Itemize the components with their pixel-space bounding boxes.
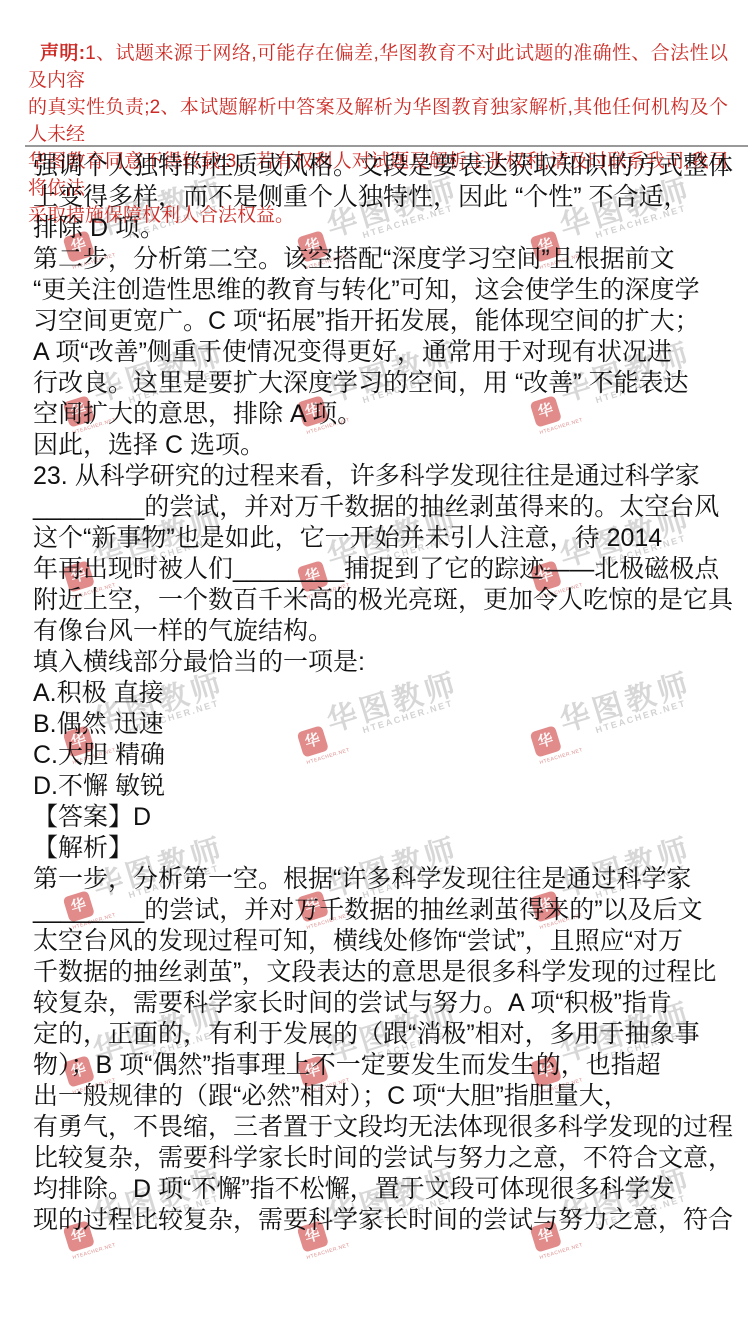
disclaimer-line: 的真实性负责;2、本试题解析中答案及解析为华图教育独家解析,其他任何机构及个人未… (28, 94, 728, 148)
answer-line: 【答案】D (33, 802, 715, 833)
previous-question-analysis: 强调个人独特的性质或风格。文段是要表达获取知识的方式整体上变得多样，而不是侧重个… (33, 151, 715, 461)
question-stem-line: 年再出现时被人们________捕捉到了它的踪迹——北极磁极点 (33, 554, 715, 585)
question-stem-line: 有像台风一样的气旋结构。 (33, 616, 715, 647)
analysis-text-line: 上变得多样，而不是侧重个人独特性，因此 “个性” 不合适， (33, 182, 715, 213)
analysis-header: 【解析】 (33, 833, 715, 864)
answer-value: D (133, 803, 151, 831)
answer-label: 【答案】 (33, 803, 133, 831)
analysis-text-line: 现的过程比较复杂，需要科学家长时间的尝试与努力之意，符合 (33, 1205, 715, 1236)
disclaimer-label: 声明: (40, 43, 85, 64)
section-divider (25, 145, 748, 147)
analysis-text-line: 均排除。D 项“不懈”指不松懈，置于文段可体现很多科学发 (33, 1174, 715, 1205)
question-stem-line: 这个“新事物”也是如此，它一开始并未引人注意，待 2014 (33, 523, 715, 554)
disclaimer-text: 1、试题来源于网络,可能存在偏差,华图教育不对此试题的准确性、合法性以及内容 (28, 43, 728, 91)
option-list: A.积极 直接B.偶然 迅速C.大胆 精确D.不懈 敏锐 (33, 678, 715, 802)
analysis-text-line: 空间扩大的意思，排除 A 项。 (33, 399, 715, 430)
option-line: B.偶然 迅速 (33, 709, 715, 740)
watermark-sub-text: HTEACHER.NET (72, 1242, 117, 1261)
analysis-text-line: 因此，选择 C 选项。 (33, 430, 715, 461)
question-analysis: 第一步，分析第一空。根据“许多科学发现往往是通过科学家________的尝试，并… (33, 864, 715, 1236)
analysis-text-line: 定的，正面的，有利于发展的（跟“消极”相对，多用于抽象事 (33, 1019, 715, 1050)
analysis-text-line: 物）；B 项“偶然”指事理上不一定要发生而发生的，也指超 (33, 1050, 715, 1081)
document-body: 强调个人独特的性质或风格。文段是要表达获取知识的方式整体上变得多样，而不是侧重个… (33, 151, 715, 1236)
watermark-sub-text: HTEACHER.NET (539, 1242, 584, 1261)
analysis-text-line: 行改良。这里是要扩大深度学习的空间，用 “改善” 不能表达 (33, 368, 715, 399)
analysis-text-line: 太空台风的发现过程可知，横线处修饰“尝试”，且照应“对万 (33, 926, 715, 957)
question-stem-line: 附近上空，一个数百千米高的极光亮斑，更加令人吃惊的是它具 (33, 585, 715, 616)
analysis-text-line: 比较复杂，需要科学家长时间的尝试与努力之意，不符合文意， (33, 1143, 715, 1174)
analysis-text-line: 有勇气，不畏缩，三者置于文段均无法体现很多科学发现的过程 (33, 1112, 715, 1143)
analysis-text-line: A 项“改善”侧重于使情况变得更好，通常用于对现有状况进 (33, 337, 715, 368)
document-page: 华HTEACHER.NET华图教师HTEACHER.NET华HTEACHER.N… (0, 0, 748, 1335)
question-stem-line: ________的尝试，并对万千数据的抽丝剥茧得来的。太空台风 (33, 492, 715, 523)
analysis-text-line: 习空间更宽广。C 项“拓展”指开拓发展，能体现空间的扩大； (33, 306, 715, 337)
analysis-text-line: 千数据的抽丝剥茧”，文段表达的意思是很多科学发现的过程比 (33, 957, 715, 988)
option-line: A.积极 直接 (33, 678, 715, 709)
question-stem: 23. 从科学研究的过程来看，许多科学发现往往是通过科学家________的尝试… (33, 461, 715, 647)
disclaimer-line: 声明:1、试题来源于网络,可能存在偏差,华图教育不对此试题的准确性、合法性以及内… (28, 40, 728, 94)
analysis-text-line: “更关注创造性思维的教育与转化”可知，这会使学生的深度学 (33, 275, 715, 306)
analysis-text-line: ________的尝试，并对万千数据的抽丝剥茧得来的”以及后文 (33, 895, 715, 926)
question-prompt: 填入横线部分最恰当的一项是: (33, 647, 715, 678)
watermark-sub-text: HTEACHER.NET (306, 1242, 351, 1261)
analysis-text-line: 第一步，分析第一空。根据“许多科学发现往往是通过科学家 (33, 864, 715, 895)
analysis-text-line: 出一般规律的（跟“必然”相对）；C 项“大胆”指胆量大， (33, 1081, 715, 1112)
option-line: D.不懈 敏锐 (33, 771, 715, 802)
analysis-text-line: 排除 D 项。 (33, 213, 715, 244)
analysis-text-line: 较复杂，需要科学家长时间的尝试与努力。A 项“积极”指肯 (33, 988, 715, 1019)
analysis-text-line: 第二步，分析第二空。该空搭配“深度学习空间”且根据前文 (33, 244, 715, 275)
question-stem-line: 23. 从科学研究的过程来看，许多科学发现往往是通过科学家 (33, 461, 715, 492)
analysis-text-line: 强调个人独特的性质或风格。文段是要表达获取知识的方式整体 (33, 151, 715, 182)
option-line: C.大胆 精确 (33, 740, 715, 771)
